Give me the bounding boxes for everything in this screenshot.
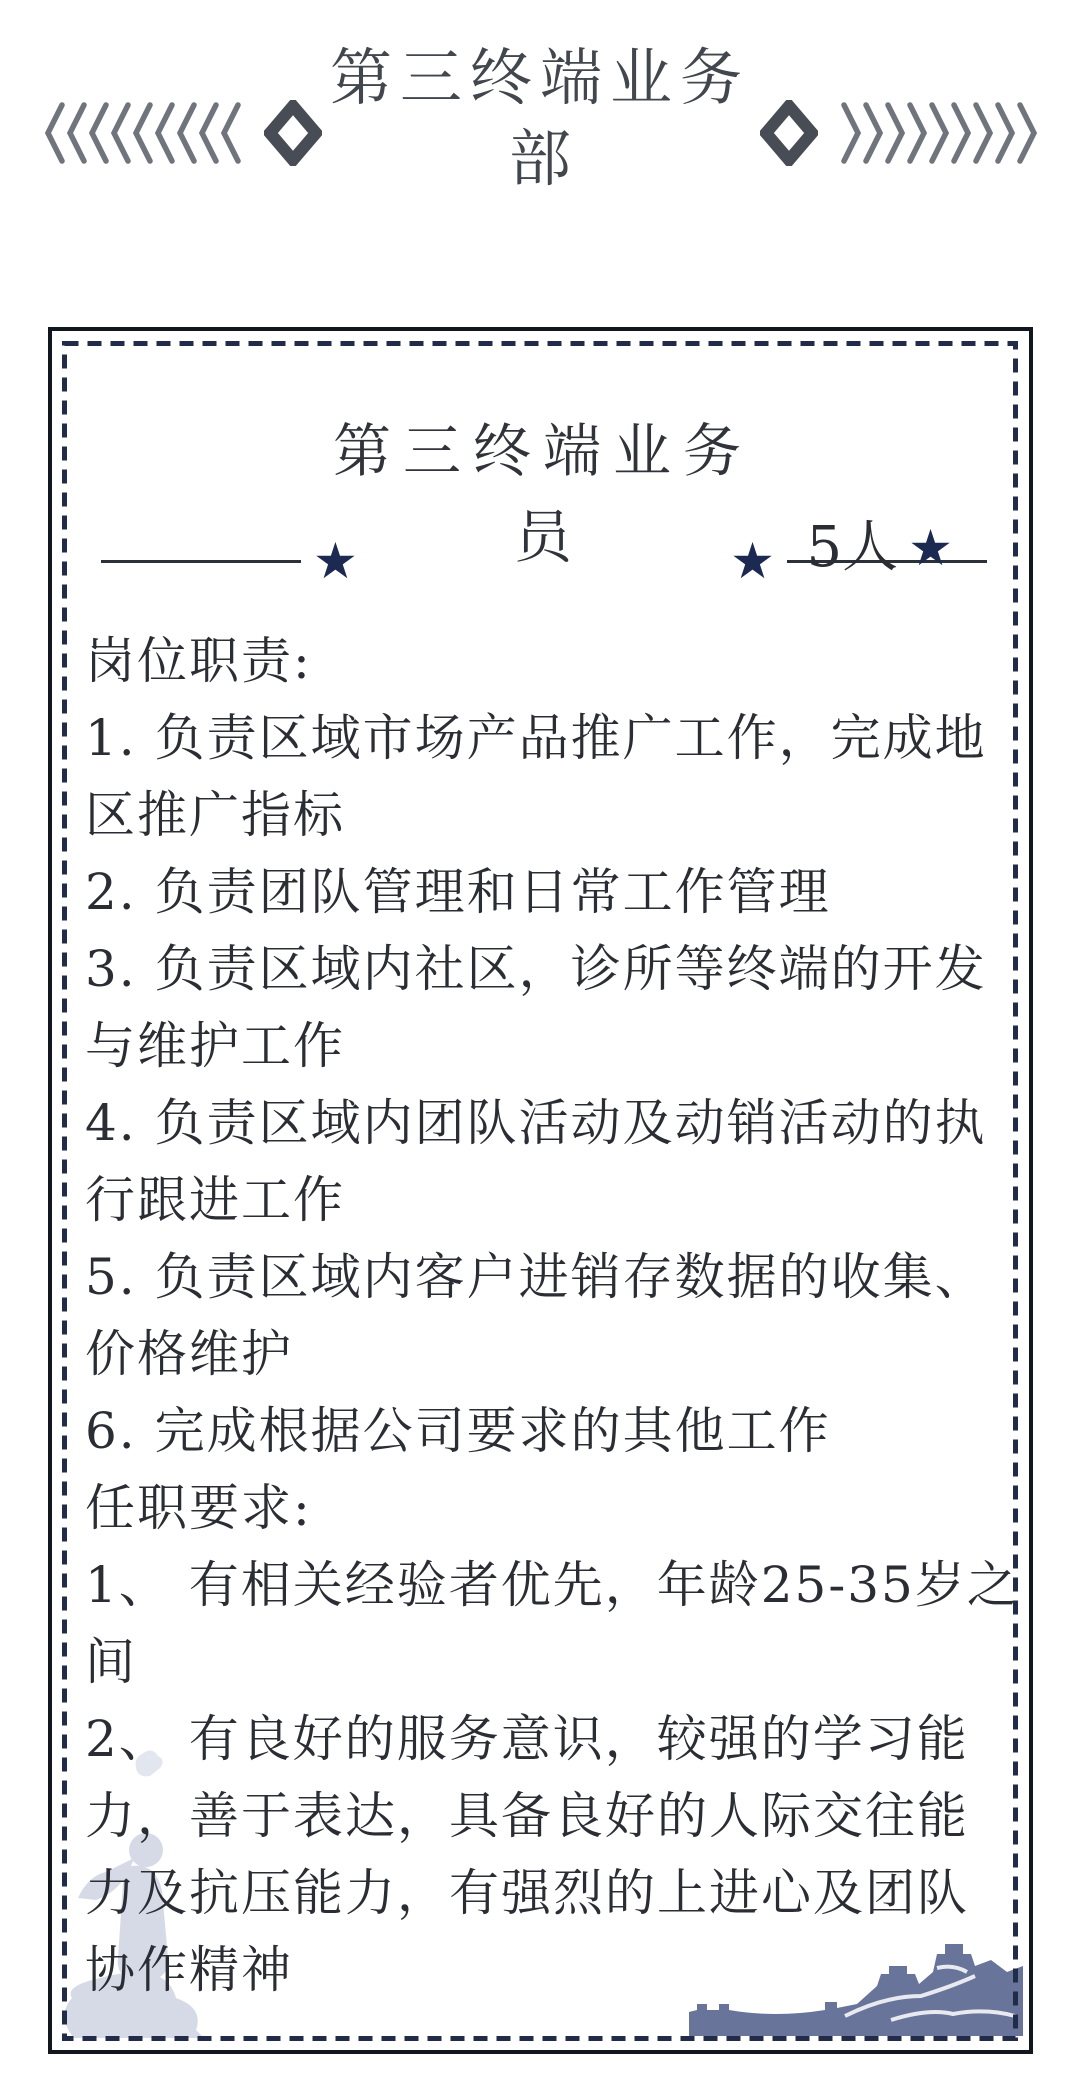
body-line: 6. 完成根据公司要求的其他工作 [85,1393,1001,1470]
body-line: 力及抗压能力，有强烈的上进心及团队 [85,1855,1001,1932]
job-card: 第三终端业务 ★ ★ 员 5人 ★ 岗位职责: [48,327,1033,2054]
card-title-line1: 第三终端业务 [85,417,1001,487]
body-line: 与维护工作 [85,1008,1001,1085]
headcount-value: 5人 [807,513,899,583]
headcount: 5人 ★ [807,513,953,583]
header-decor-right [760,100,1040,166]
card-content: 第三终端业务 ★ ★ 员 5人 ★ 岗位职责: [85,331,1001,2050]
section-heading-responsibilities: 岗位职责: [85,623,1001,700]
chevrons-right-icon [834,101,1040,165]
card-title-row2: 员 5人 ★ [85,501,1001,574]
page: 第三终端业务 部 [0,0,1080,2095]
body-line: 1. 负责区域市场产品推广工作，完成地 [85,700,1001,777]
header-decor-left [42,100,322,166]
body-line: 行跟进工作 [85,1162,1001,1239]
body-line: 价格维护 [85,1316,1001,1393]
header: 第三终端业务 部 [0,28,1080,308]
body-line: 协作精神 [85,1932,1001,2009]
body-line: 1、 有相关经验者优先，年龄25-35岁之 [85,1547,1001,1624]
body-line: 力，善于表达，具备良好的人际交往能 [85,1778,1001,1855]
body-line: 3. 负责区域内社区，诊所等终端的开发 [85,931,1001,1008]
card-title-line2: 员 [514,503,572,571]
body-line: 4. 负责区域内团队活动及动销活动的执 [85,1085,1001,1162]
body-line: 2、 有良好的服务意识，较强的学习能 [85,1701,1001,1778]
body-line: 间 [85,1624,1001,1701]
star-icon: ★ [908,523,953,573]
body-line: 5. 负责区域内客户进销存数据的收集、 [85,1239,1001,1316]
job-description: 岗位职责: 1. 负责区域市场产品推广工作，完成地 区推广指标 2. 负责团队管… [85,623,1001,2009]
diamond-icon [264,100,322,166]
body-line: 区推广指标 [85,777,1001,854]
card-title-area: 第三终端业务 ★ ★ 员 5人 ★ [85,417,1001,573]
chevrons-left-icon [42,101,248,165]
section-heading-requirements: 任职要求: [85,1470,1001,1547]
diamond-icon [760,100,818,166]
body-line: 2. 负责团队管理和日常工作管理 [85,854,1001,931]
